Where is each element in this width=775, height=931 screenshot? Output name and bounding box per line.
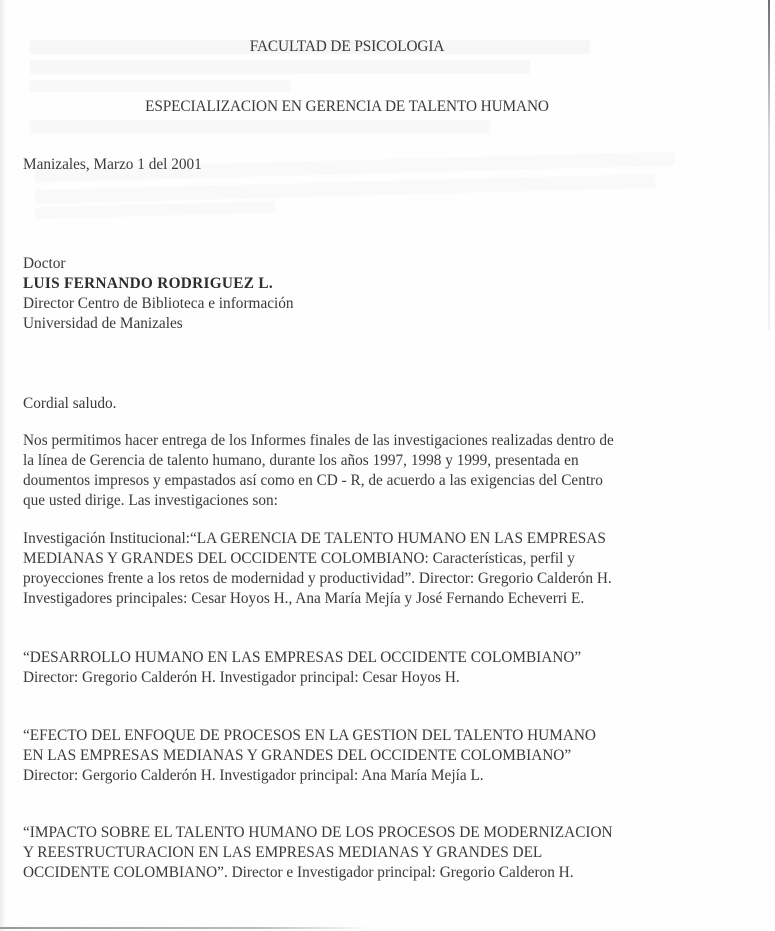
scan-left-shadow [0,0,6,931]
greeting: Cordial saludo. [23,394,116,414]
investigation-item: “DESARROLLO HUMANO EN LAS EMPRESAS DEL O… [23,648,581,688]
bleed-through-smudge [30,80,290,92]
investigation-line: Investigadores principales: Cesar Hoyos … [23,589,612,609]
intro-line: doumentos impresos y empastados así como… [23,471,614,491]
investigation-line: MEDIANAS Y GRANDES DEL OCCIDENTE COLOMBI… [23,549,612,569]
investigation-item: Investigación Institucional:“LA GERENCIA… [23,529,612,609]
investigation-item: “IMPACTO SOBRE EL TALENTO HUMANO DE LOS … [23,823,613,883]
intro-paragraph: Nos permitimos hacer entrega de los Info… [23,431,614,511]
investigation-line: EN LAS EMPRESAS MEDIANAS Y GRANDES DEL O… [23,746,596,766]
bleed-through-smudge [30,60,530,74]
scan-right-edge [768,0,770,330]
investigation-line: “IMPACTO SOBRE EL TALENTO HUMANO DE LOS … [23,823,613,843]
bleed-through-smudge [30,120,490,134]
recipient-block: Doctor LUIS FERNANDO RODRIGUEZ L. Direct… [23,254,294,334]
date-line: Manizales, Marzo 1 del 2001 [23,155,202,175]
intro-line: que usted dirige. Las investigaciones so… [23,491,614,511]
investigation-line: Y REESTRUCTURACION EN LAS EMPRESAS MEDIA… [23,843,613,863]
investigation-line: Director: Gregorio Calderón H. Investiga… [23,668,581,688]
investigation-line: Investigación Institucional:“LA GERENCIA… [23,529,612,549]
investigation-line: OCCIDENTE COLOMBIANO”. Director e Invest… [23,863,613,883]
recipient-name: LUIS FERNANDO RODRIGUEZ L. [23,274,294,294]
program-heading: ESPECIALIZACION EN GERENCIA DE TALENTO H… [0,97,694,117]
investigation-line: “EFECTO DEL ENFOQUE DE PROCESOS EN LA GE… [23,726,596,746]
recipient-institution: Universidad de Manizales [23,314,294,334]
scanned-letter-page: FACULTAD DE PSICOLOGIA ESPECIALIZACION E… [0,0,775,931]
intro-line: la línea de Gerencia de talento humano, … [23,451,614,471]
investigation-item: “EFECTO DEL ENFOQUE DE PROCESOS EN LA GE… [23,726,596,786]
recipient-position: Director Centro de Biblioteca e informac… [23,294,294,314]
investigation-line: proyecciones frente a los retos de moder… [23,569,612,589]
intro-line: Nos permitimos hacer entrega de los Info… [23,431,614,451]
faculty-heading: FACULTAD DE PSICOLOGIA [0,37,694,57]
recipient-title: Doctor [23,254,294,274]
investigation-line: Director: Gergorio Calderón H. Investiga… [23,766,596,786]
scan-bottom-edge [0,927,370,929]
investigation-line: “DESARROLLO HUMANO EN LAS EMPRESAS DEL O… [23,648,581,668]
bleed-through-smudge [35,201,275,219]
